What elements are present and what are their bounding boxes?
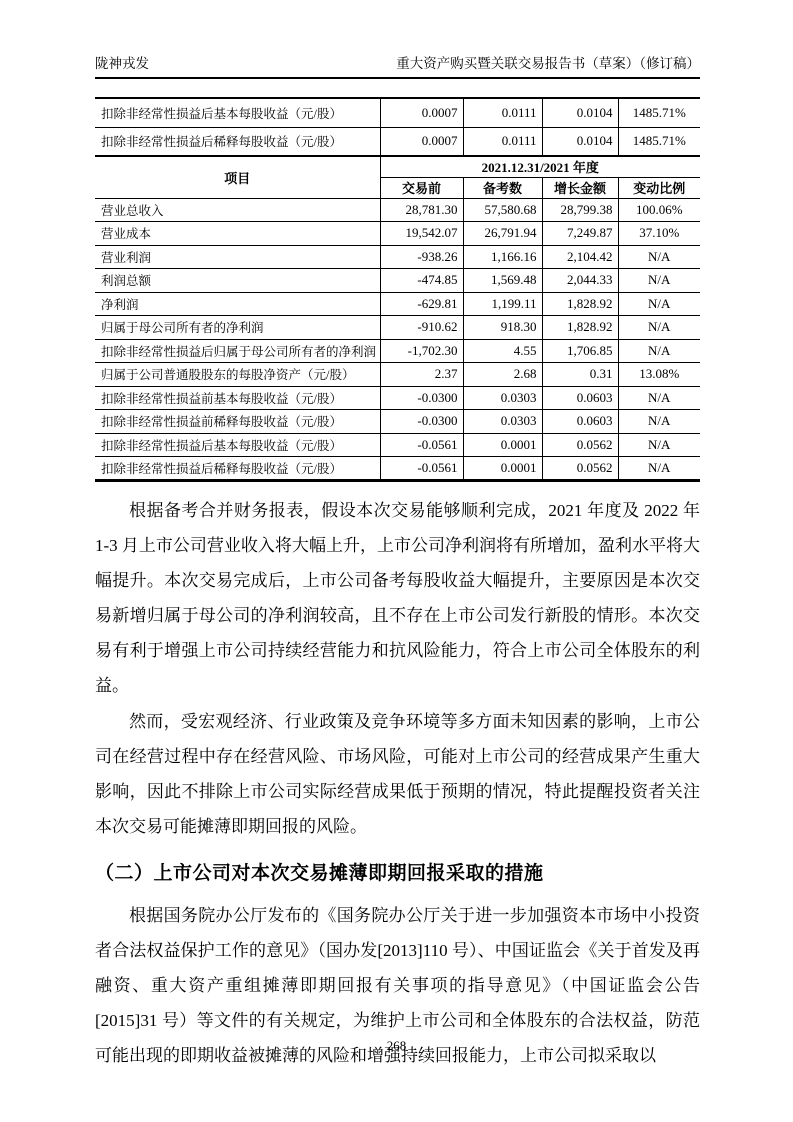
table-row: 扣除非经常性损益后稀释每股收益（元/股）-0.05610.00010.0562N… (95, 457, 700, 481)
row-label: 净利润 (95, 292, 380, 316)
financial-comparison-table: 扣除非经常性损益后基本每股收益（元/股）0.00070.01110.010414… (95, 97, 700, 482)
document-page: 陇神戎发 重大资产购买暨关联交易报告书（草案）（修订稿） 扣除非经常性损益后基本… (0, 0, 793, 1122)
table-row: 营业成本19,542.0726,791.947,249.8737.10% (95, 222, 700, 246)
cell-value: 0.0603 (542, 410, 618, 434)
table-row: 扣除非经常性损益后基本每股收益（元/股）-0.05610.00010.0562N… (95, 433, 700, 457)
table-main-rows: 营业总收入28,781.3057,580.6828,799.38100.06%营… (95, 198, 700, 480)
table-row: 扣除非经常性损益前基本每股收益（元/股）-0.03000.03030.0603N… (95, 386, 700, 410)
cell-value: -938.26 (380, 245, 463, 269)
cell-value: 1,199.11 (463, 292, 542, 316)
table-header: 项目 2021.12.31/2021 年度 交易前备考数增长金额变动比例 (95, 156, 700, 198)
cell-value: 1485.71% (618, 98, 700, 127)
column-header: 备考数 (463, 177, 542, 198)
period-column-header: 2021.12.31/2021 年度 (380, 156, 700, 177)
cell-value: 1,166.16 (463, 245, 542, 269)
row-label: 扣除非经常性损益后基本每股收益（元/股） (95, 98, 380, 127)
cell-value: 1,706.85 (542, 339, 618, 363)
cell-value: 0.0111 (463, 127, 542, 156)
row-label: 扣除非经常性损益后基本每股收益（元/股） (95, 433, 380, 457)
row-label: 营业成本 (95, 222, 380, 246)
cell-value: -0.0561 (380, 433, 463, 457)
table-row: 扣除非经常性损益前稀释每股收益（元/股）-0.03000.03030.0603N… (95, 410, 700, 434)
table-row: 归属于公司普通股股东的每股净资产（元/股）2.372.680.3113.08% (95, 363, 700, 387)
cell-value: 28,799.38 (542, 198, 618, 222)
cell-value: -1,702.30 (380, 339, 463, 363)
cell-value: 918.30 (463, 316, 542, 340)
header-report-title: 重大资产购买暨关联交易报告书（草案）（修订稿） (396, 52, 700, 72)
cell-value: 7,249.87 (542, 222, 618, 246)
paragraph-risk-reminder: 然而，受宏观经济、行业政策及竞争环境等多方面未知因素的影响，上市公司在经营过程中… (95, 704, 700, 844)
header-company-name: 陇神戎发 (95, 52, 149, 72)
row-label: 利润总额 (95, 269, 380, 293)
cell-value: N/A (618, 339, 700, 363)
row-label: 营业利润 (95, 245, 380, 269)
table-row: 扣除非经常性损益后稀释每股收益（元/股）0.00070.01110.010414… (95, 127, 700, 156)
column-header: 增长金额 (542, 177, 618, 198)
cell-value: -0.0561 (380, 457, 463, 481)
cell-value: 0.0007 (380, 127, 463, 156)
cell-value: -0.0300 (380, 386, 463, 410)
cell-value: N/A (618, 269, 700, 293)
cell-value: N/A (618, 457, 700, 481)
cell-value: 100.06% (618, 198, 700, 222)
cell-value: 0.0104 (542, 98, 618, 127)
cell-value: 1,828.92 (542, 292, 618, 316)
table-row: 利润总额-474.851,569.482,044.33N/A (95, 269, 700, 293)
page-number: 268 (0, 1038, 793, 1054)
cell-value: 0.0603 (542, 386, 618, 410)
cell-value: 4.55 (463, 339, 542, 363)
table-row: 扣除非经常性损益后归属于母公司所有者的净利润-1,702.304.551,706… (95, 339, 700, 363)
cell-value: 2.37 (380, 363, 463, 387)
cell-value: 2,104.42 (542, 245, 618, 269)
item-column-header: 项目 (95, 156, 380, 198)
table-row: 净利润-629.811,199.111,828.92N/A (95, 292, 700, 316)
section-heading: （二）上市公司对本次交易摊薄即期回报采取的措施 (95, 859, 700, 889)
paragraph-pro-forma-analysis: 根据备考合并财务报表，假设本次交易能够顺利完成，2021 年度及 2022 年 … (95, 493, 700, 703)
running-header: 陇神戎发 重大资产购买暨关联交易报告书（草案）（修订稿） (95, 52, 700, 79)
table-row: 归属于母公司所有者的净利润-910.62918.301,828.92N/A (95, 316, 700, 340)
cell-value: 19,542.07 (380, 222, 463, 246)
cell-value: -0.0300 (380, 410, 463, 434)
cell-value: N/A (618, 410, 700, 434)
cell-value: 0.0303 (463, 410, 542, 434)
column-header: 变动比例 (618, 177, 700, 198)
row-label: 扣除非经常性损益前基本每股收益（元/股） (95, 386, 380, 410)
row-label: 扣除非经常性损益后稀释每股收益（元/股） (95, 457, 380, 481)
cell-value: 1,828.92 (542, 316, 618, 340)
cell-value: -474.85 (380, 269, 463, 293)
cell-value: 2.68 (463, 363, 542, 387)
row-label: 营业总收入 (95, 198, 380, 222)
row-label: 扣除非经常性损益后稀释每股收益（元/股） (95, 127, 380, 156)
cell-value: 0.0562 (542, 433, 618, 457)
cell-value: 0.0562 (542, 457, 618, 481)
cell-value: 57,580.68 (463, 198, 542, 222)
cell-value: 26,791.94 (463, 222, 542, 246)
cell-value: N/A (618, 316, 700, 340)
cell-value: 0.0303 (463, 386, 542, 410)
table-row: 营业总收入28,781.3057,580.6828,799.38100.06% (95, 198, 700, 222)
cell-value: N/A (618, 386, 700, 410)
cell-value: 1485.71% (618, 127, 700, 156)
row-label: 扣除非经常性损益后归属于母公司所有者的净利润 (95, 339, 380, 363)
cell-value: 0.0104 (542, 127, 618, 156)
cell-value: 0.0007 (380, 98, 463, 127)
cell-value: 1,569.48 (463, 269, 542, 293)
cell-value: 37.10% (618, 222, 700, 246)
cell-value: 0.31 (542, 363, 618, 387)
table-row: 扣除非经常性损益后基本每股收益（元/股）0.00070.01110.010414… (95, 98, 700, 127)
cell-value: 0.0111 (463, 98, 542, 127)
cell-value: 0.0001 (463, 457, 542, 481)
row-label: 扣除非经常性损益前稀释每股收益（元/股） (95, 410, 380, 434)
row-label: 归属于母公司所有者的净利润 (95, 316, 380, 340)
cell-value: N/A (618, 292, 700, 316)
cell-value: -629.81 (380, 292, 463, 316)
table-header-row-period: 项目 2021.12.31/2021 年度 (95, 156, 700, 177)
cell-value: N/A (618, 433, 700, 457)
table-continued-rows: 扣除非经常性损益后基本每股收益（元/股）0.00070.01110.010414… (95, 98, 700, 156)
cell-value: 0.0001 (463, 433, 542, 457)
cell-value: 13.08% (618, 363, 700, 387)
column-header: 交易前 (380, 177, 463, 198)
table-row: 营业利润-938.261,166.162,104.42N/A (95, 245, 700, 269)
cell-value: N/A (618, 245, 700, 269)
cell-value: -910.62 (380, 316, 463, 340)
row-label: 归属于公司普通股股东的每股净资产（元/股） (95, 363, 380, 387)
cell-value: 2,044.33 (542, 269, 618, 293)
page-content: 陇神戎发 重大资产购买暨关联交易报告书（草案）（修订稿） 扣除非经常性损益后基本… (95, 0, 700, 1073)
cell-value: 28,781.30 (380, 198, 463, 222)
